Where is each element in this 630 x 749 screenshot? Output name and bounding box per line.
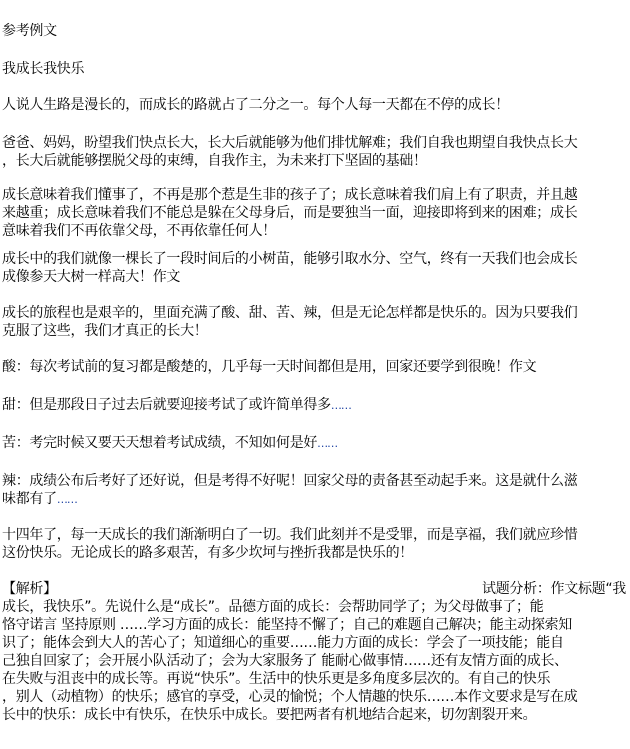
essay-title: 我成长我快乐 xyxy=(2,60,630,78)
paragraph-line: 辣：成绩公布后考好了还好说，但是考得不好呢！回家父母的责备甚至动起手来。这是就什… xyxy=(2,472,630,490)
analysis-lead-text: 试题分析 xyxy=(482,581,537,597)
analysis-line: 成长，我快乐”。先说什么是“成长”。品德方面的成长：会帮助同学了；为父母做事了；… xyxy=(2,598,630,616)
essay-title-text: 我成长我快乐 xyxy=(2,60,630,78)
paragraph-line: 成长中的我们就像一棵长了一段时间后的小树苗，能够引取水分、空气，终有一天我们也会… xyxy=(2,250,630,268)
essay-paragraph-1: 人说人生路是漫长的，而成长的路就占了二分之一。每个人每一天都在不停的成长！ xyxy=(2,96,630,114)
essay-paragraph-5: 成长的旅程也是艰辛的，里面充满了酸、甜、苦、辣，但是无论怎样都是快乐的。因为只要… xyxy=(2,304,630,340)
paragraph-line: 这份快乐。无论成长的路多艰苦，有多少坎坷与挫折我都是快乐的！ xyxy=(2,544,630,562)
essay-paragraph-conclusion: 十四年了，每一天成长的我们渐渐明白了一切。我们此刻并不是受罪，而是享福，我们就应… xyxy=(2,526,630,562)
essay-paragraph-bitter: 苦：考完时候又要天天想着考试成绩，不知如何是好…… xyxy=(2,434,630,452)
analysis-line: 长中的快乐：成长中有快乐，在快乐中成长。要把两者有机地结合起来，切勿割裂开来。 xyxy=(2,706,630,724)
essay-paragraph-sour: 酸：每次考试前的复习都是酸楚的，几乎每一天时间都但是用，回家还要学到很晚！作文 xyxy=(2,358,630,376)
essay-paragraph-3: 成长意味着我们懂事了，不再是那个惹是生非的孩子了；成长意味着我们肩上有了职责，并… xyxy=(2,186,630,240)
analysis-line: 识了；能体会到大人的苦心了；知道细心的重要……能力方面的成长：学会了一项技能；能… xyxy=(2,634,630,652)
paragraph-line: 味都有了…… xyxy=(2,490,630,508)
analysis-line: 己独自回家了；会开展小队活动了；会为大家服务了 能耐心做事情……还有友情方面的成… xyxy=(2,652,630,670)
analysis-header: 【解析】 试题分析：作文标题“我 xyxy=(2,580,630,598)
analysis-lead: 试题分析：作文标题“我 xyxy=(482,580,626,598)
analysis-line: 在失败与沮丧中的成长等。再说“快乐”。生活中的快乐更是多角度多层次的。有自己的快… xyxy=(2,670,630,688)
analysis-line: 恪守诺言 坚持原则 ……学习方面的成长：能坚持不懈了；自己的难题自己解决；能主动… xyxy=(2,616,630,634)
paragraph-line: 意味着我们不再依靠父母，不再依靠任何人！ xyxy=(2,222,630,240)
paragraph-line: 克服了这些，我们才真正的长大！ xyxy=(2,322,630,340)
paragraph-line: 成长意味着我们懂事了，不再是那个惹是生非的孩子了；成长意味着我们肩上有了职责，并… xyxy=(2,186,630,204)
essay-paragraph-sweet: 甜：但是那段日子过去后就要迎接考试了或许简单得多…… xyxy=(2,396,630,414)
paragraph-line: 成像参天大树一样高大！作文 xyxy=(2,268,630,286)
analysis-lead-continuation: ：作文标题“我 xyxy=(537,581,626,597)
essay-paragraph-2: 爸爸、妈妈，盼望我们快点长大，长大后就能够为他们排忧解难；我们自我也期望自我快点… xyxy=(2,134,630,170)
paragraph-line: ，长大后就能够摆脱父母的束缚，自我作主，为未来打下坚固的基础！ xyxy=(2,152,630,170)
paragraph-line: 甜：但是那段日子过去后就要迎接考试了或许简单得多…… xyxy=(2,396,630,414)
ellipsis: …… xyxy=(317,437,337,450)
paragraph-line: 十四年了，每一天成长的我们渐渐明白了一切。我们此刻并不是受罪，而是享福，我们就应… xyxy=(2,526,630,544)
paragraph-line: 爸爸、妈妈，盼望我们快点长大，长大后就能够为他们排忧解难；我们自我也期望自我快点… xyxy=(2,134,630,152)
analysis-section: 【解析】 试题分析：作文标题“我 成长，我快乐”。先说什么是“成长”。品德方面的… xyxy=(2,580,630,724)
ellipsis: …… xyxy=(331,399,351,412)
paragraph-line: 酸：每次考试前的复习都是酸楚的，几乎每一天时间都但是用，回家还要学到很晚！作文 xyxy=(2,358,630,376)
analysis-line: ，别人（动植物）的快乐；感官的享受，心灵的愉悦；个人情趣的快乐……本作文要求是写… xyxy=(2,688,630,706)
essay-paragraph-spicy: 辣：成绩公布后考好了还好说，但是考得不好呢！回家父母的责备甚至动起手来。这是就什… xyxy=(2,472,630,508)
line-text: 苦：考完时候又要天天想着考试成绩，不知如何是好 xyxy=(2,435,317,451)
line-text: 味都有了 xyxy=(2,491,57,507)
line-text: 甜：但是那段日子过去后就要迎接考试了或许简单得多 xyxy=(2,397,331,413)
ellipsis: …… xyxy=(57,493,77,506)
essay-paragraph-4: 成长中的我们就像一棵长了一段时间后的小树苗，能够引取水分、空气，终有一天我们也会… xyxy=(2,250,630,286)
section-label-text: 参考例文 xyxy=(2,22,630,40)
paragraph-line: 苦：考完时候又要天天想着考试成绩，不知如何是好…… xyxy=(2,434,630,452)
paragraph-line: 成长的旅程也是艰辛的，里面充满了酸、甜、苦、辣，但是无论怎样都是快乐的。因为只要… xyxy=(2,304,630,322)
analysis-label: 【解析】 xyxy=(2,581,57,597)
paragraph-line: 来越重；成长意味着我们不能总是躲在父母身后，而是要独当一面，迎接即将到来的困难；… xyxy=(2,204,630,222)
paragraph-line: 人说人生路是漫长的，而成长的路就占了二分之一。每个人每一天都在不停的成长！ xyxy=(2,96,630,114)
section-label: 参考例文 xyxy=(2,22,630,40)
